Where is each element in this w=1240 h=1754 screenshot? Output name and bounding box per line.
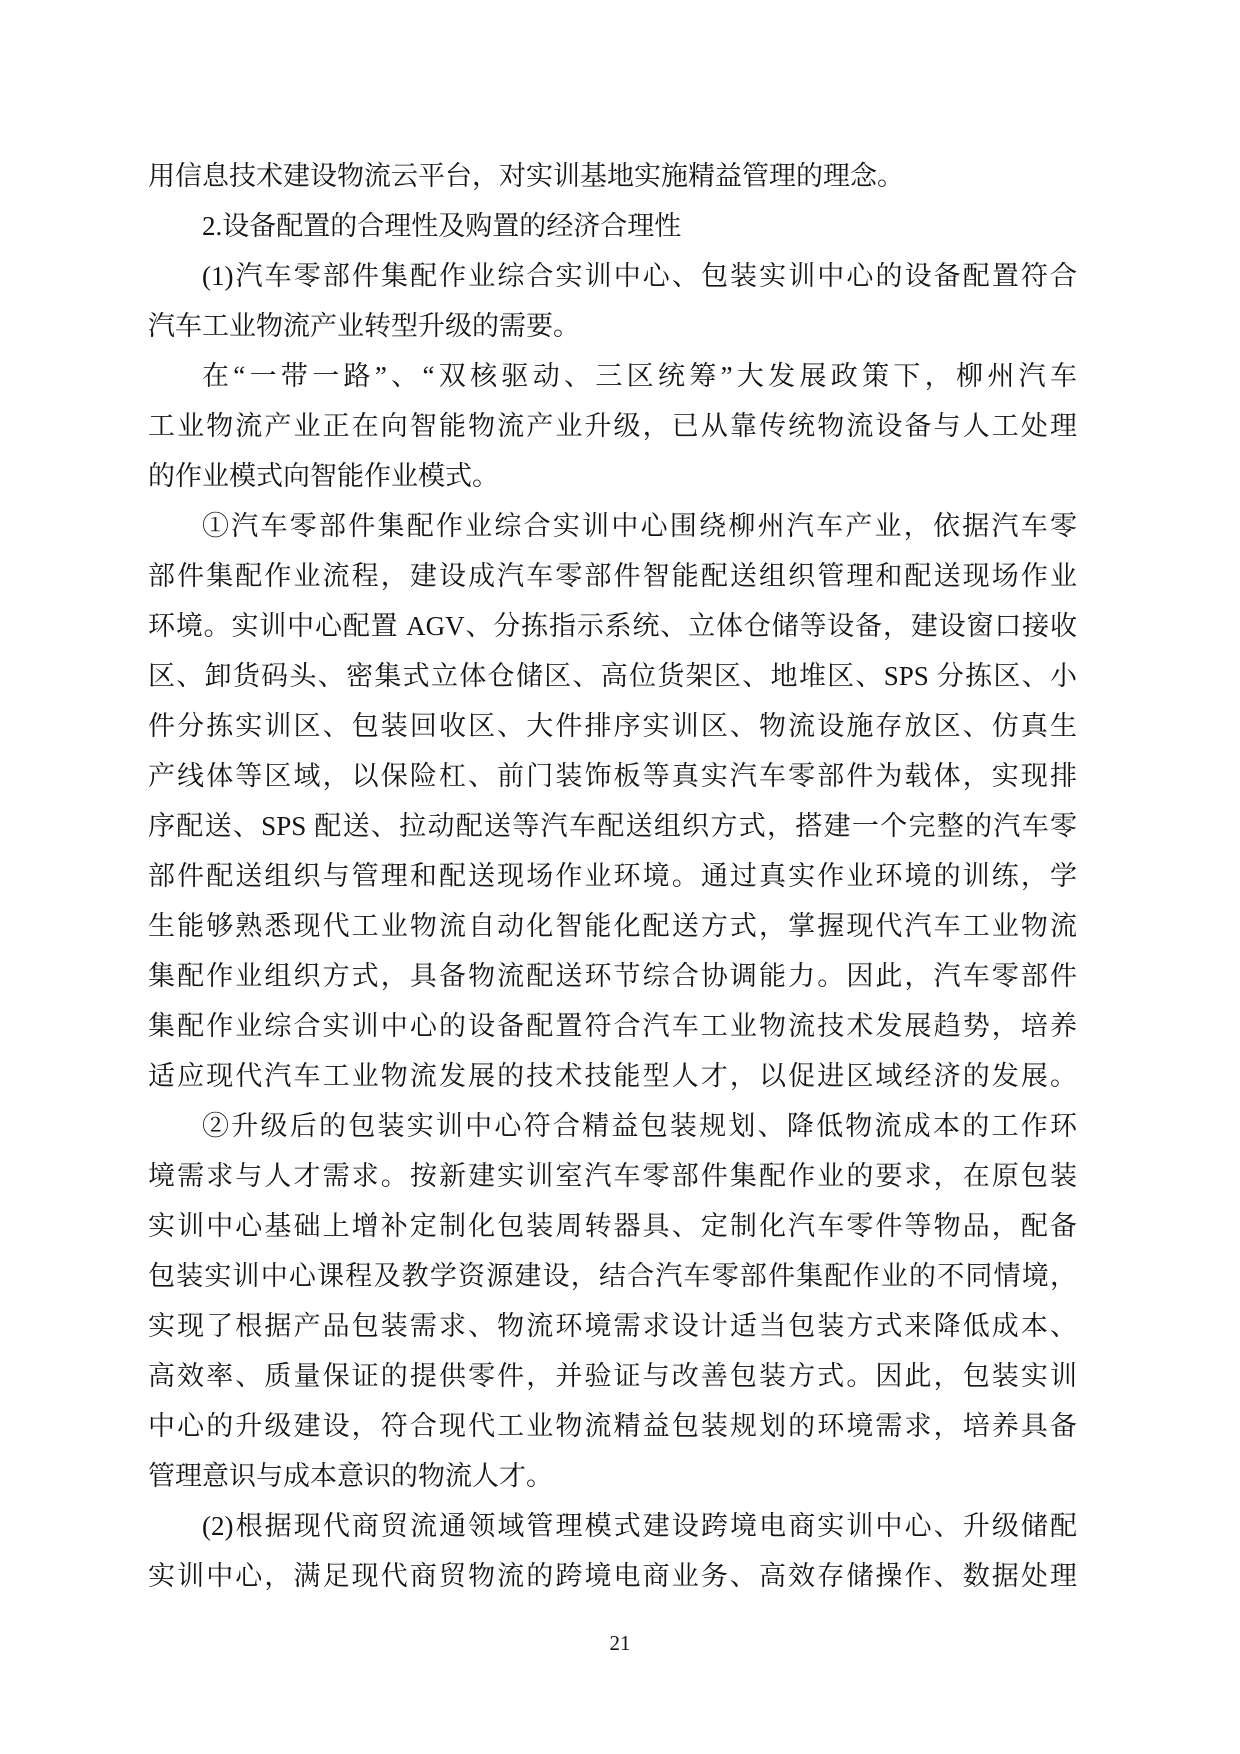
text-line: 件分拣实训区、包装回收区、大件排序实训区、物流设施存放区、仿真生: [148, 701, 1077, 751]
document-body: 用信息技术建设物流云平台，对实训基地实施精益管理的理念。2.设备配置的合理性及购…: [148, 151, 1077, 1601]
document-page: 用信息技术建设物流云平台，对实训基地实施精益管理的理念。2.设备配置的合理性及购…: [0, 0, 1240, 1754]
page-number: 21: [0, 1628, 1240, 1658]
text-line: 高效率、质量保证的提供零件，并验证与改善包装方式。因此，包装实训: [148, 1351, 1077, 1401]
text-line: 环境。实训中心配置 AGV、分拣指示系统、立体仓储等设备，建设窗口接收: [148, 601, 1077, 651]
text-line: ①汽车零部件集配作业综合实训中心围绕柳州汽车产业，依据汽车零: [148, 501, 1077, 551]
text-line: 集配作业组织方式，具备物流配送环节综合协调能力。因此，汽车零部件: [148, 951, 1077, 1001]
text-line: (2)根据现代商贸流通领域管理模式建设跨境电商实训中心、升级储配: [148, 1501, 1077, 1551]
text-line: 中心的升级建设，符合现代工业物流精益包装规划的环境需求，培养具备: [148, 1401, 1077, 1451]
text-line: 在“一带一路”、“双核驱动、三区统筹”大发展政策下，柳州汽车: [148, 351, 1077, 401]
text-line: 适应现代汽车工业物流发展的技术技能型人才，以促进区域经济的发展。: [148, 1051, 1077, 1101]
text-line: 序配送、SPS 配送、拉动配送等汽车配送组织方式，搭建一个完整的汽车零: [148, 801, 1077, 851]
text-line: 包装实训中心课程及教学资源建设，结合汽车零部件集配作业的不同情境，: [148, 1251, 1077, 1301]
text-line: 区、卸货码头、密集式立体仓储区、高位货架区、地堆区、SPS 分拣区、小: [148, 651, 1077, 701]
text-line: 2.设备配置的合理性及购置的经济合理性: [148, 201, 1077, 251]
text-line: 管理意识与成本意识的物流人才。: [148, 1451, 1077, 1501]
text-line: 实训中心，满足现代商贸物流的跨境电商业务、高效存储操作、数据处理: [148, 1551, 1077, 1601]
text-line: 的作业模式向智能作业模式。: [148, 451, 1077, 501]
text-line: 生能够熟悉现代工业物流自动化智能化配送方式，掌握现代汽车工业物流: [148, 901, 1077, 951]
text-line: ②升级后的包装实训中心符合精益包装规划、降低物流成本的工作环: [148, 1101, 1077, 1151]
text-line: 境需求与人才需求。按新建实训室汽车零部件集配作业的要求，在原包装: [148, 1151, 1077, 1201]
text-line: 用信息技术建设物流云平台，对实训基地实施精益管理的理念。: [148, 151, 1077, 201]
text-line: 部件集配作业流程，建设成汽车零部件智能配送组织管理和配送现场作业: [148, 551, 1077, 601]
text-line: 工业物流产业正在向智能物流产业升级，已从靠传统物流设备与人工处理: [148, 401, 1077, 451]
text-line: 集配作业综合实训中心的设备配置符合汽车工业物流技术发展趋势，培养: [148, 1001, 1077, 1051]
text-line: 部件配送组织与管理和配送现场作业环境。通过真实作业环境的训练，学: [148, 851, 1077, 901]
text-line: (1)汽车零部件集配作业综合实训中心、包装实训中心的设备配置符合: [148, 251, 1077, 301]
text-line: 实训中心基础上增补定制化包装周转器具、定制化汽车零件等物品，配备: [148, 1201, 1077, 1251]
text-line: 汽车工业物流产业转型升级的需要。: [148, 301, 1077, 351]
text-line: 产线体等区域，以保险杠、前门装饰板等真实汽车零部件为载体，实现排: [148, 751, 1077, 801]
text-line: 实现了根据产品包装需求、物流环境需求设计适当包装方式来降低成本、: [148, 1301, 1077, 1351]
